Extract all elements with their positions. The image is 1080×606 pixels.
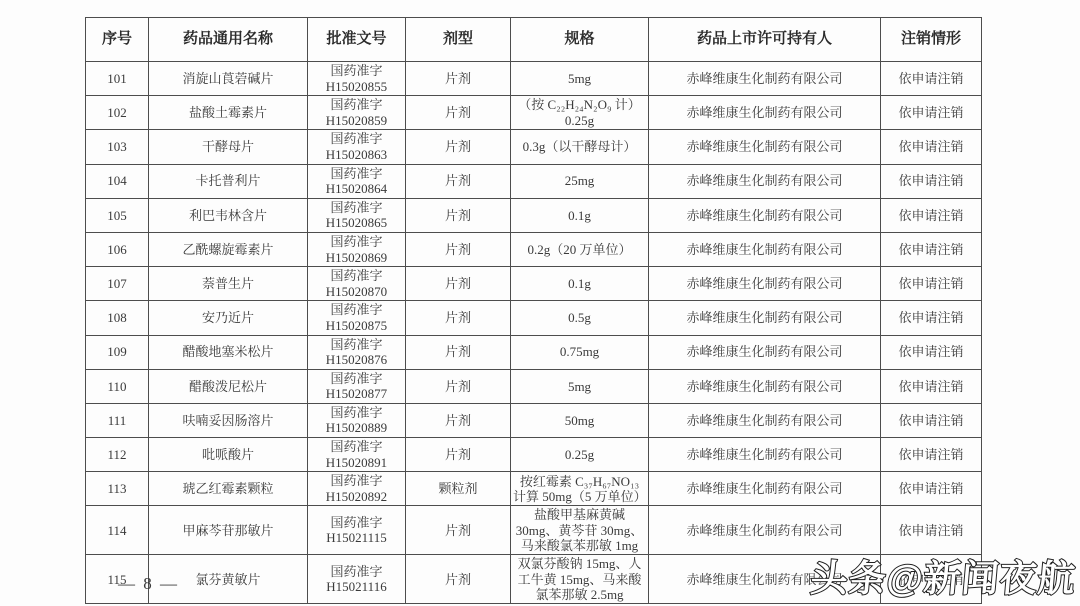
cell-approval-number: 国药准字 H15020876 — [308, 335, 406, 369]
table-row: 107 萘普生片 国药准字 H15020870 片剂 0.1g 赤峰维康生化制药… — [86, 267, 982, 301]
table-row: 111 呋喃妥因肠溶片 国药准字 H15020889 片剂 50mg 赤峰维康生… — [86, 403, 982, 437]
cell-specification: 0.75mg — [511, 335, 649, 369]
table-row: 103 干酵母片 国药准字 H15020863 片剂 0.3g（以干酵母计） 赤… — [86, 130, 982, 164]
cell-license-holder: 赤峰维康生化制药有限公司 — [649, 335, 881, 369]
approval-prefix: 国药准字 — [310, 166, 403, 182]
table-row: 102 盐酸土霉素片 国药准字 H15020859 片剂 （按 C₂₂H₂₄N₂… — [86, 96, 982, 130]
table-row: 106 乙酰螺旋霉素片 国药准字 H15020869 片剂 0.2g（20 万单… — [86, 232, 982, 266]
approval-code: H15020870 — [310, 284, 403, 300]
cell-cancellation-status: 依申请注销 — [881, 164, 982, 198]
table-row: 109 醋酸地塞米松片 国药准字 H15020876 片剂 0.75mg 赤峰维… — [86, 335, 982, 369]
cell-license-holder: 赤峰维康生化制药有限公司 — [649, 301, 881, 335]
cell-license-holder: 赤峰维康生化制药有限公司 — [649, 198, 881, 232]
approval-code: H15020891 — [310, 455, 403, 471]
table-row: 110 醋酸泼尼松片 国药准字 H15020877 片剂 5mg 赤峰维康生化制… — [86, 369, 982, 403]
approval-prefix: 国药准字 — [310, 63, 403, 79]
approval-prefix: 国药准字 — [310, 337, 403, 353]
cell-specification: 5mg — [511, 62, 649, 96]
cell-drug-name: 乙酰螺旋霉素片 — [149, 232, 308, 266]
table-header-row: 序号 药品通用名称 批准文号 剂型 规格 药品上市许可持有人 注销情形 — [86, 18, 982, 62]
approval-code: H15020859 — [310, 113, 403, 129]
cell-approval-number: 国药准字 H15020875 — [308, 301, 406, 335]
header-cancellation-status: 注销情形 — [881, 18, 982, 62]
cell-specification: 25mg — [511, 164, 649, 198]
approval-prefix: 国药准字 — [310, 200, 403, 216]
cell-license-holder: 赤峰维康生化制药有限公司 — [649, 472, 881, 506]
cell-dosage-form: 片剂 — [406, 232, 511, 266]
cell-dosage-form: 片剂 — [406, 301, 511, 335]
cell-cancellation-status: 依申请注销 — [881, 96, 982, 130]
header-drug-name: 药品通用名称 — [149, 18, 308, 62]
approval-code: H15020869 — [310, 250, 403, 266]
cell-drug-name: 消旋山莨菪碱片 — [149, 62, 308, 96]
cell-cancellation-status: 依申请注销 — [881, 403, 982, 437]
approval-prefix: 国药准字 — [310, 131, 403, 147]
cell-approval-number: 国药准字 H15020891 — [308, 438, 406, 472]
cell-serial-number: 113 — [86, 472, 149, 506]
approval-code: H15020865 — [310, 215, 403, 231]
document-page: 序号 药品通用名称 批准文号 剂型 规格 药品上市许可持有人 注销情形 101 … — [0, 0, 1080, 606]
cell-drug-name: 萘普生片 — [149, 267, 308, 301]
approval-prefix: 国药准字 — [310, 234, 403, 250]
cell-drug-name: 盐酸土霉素片 — [149, 96, 308, 130]
cell-dosage-form: 片剂 — [406, 403, 511, 437]
cell-specification: 双氯芬酸钠 15mg、人工牛黄 15mg、马来酸氯苯那敏 2.5mg — [511, 555, 649, 604]
cell-license-holder: 赤峰维康生化制药有限公司 — [649, 267, 881, 301]
approval-code: H15020864 — [310, 181, 403, 197]
approval-prefix: 国药准字 — [310, 97, 403, 113]
approval-prefix: 国药准字 — [310, 515, 403, 531]
cell-specification: 0.3g（以干酵母计） — [511, 130, 649, 164]
cell-specification: 0.25g — [511, 438, 649, 472]
approval-code: H15021116 — [310, 579, 403, 595]
cell-specification: 50mg — [511, 403, 649, 437]
cell-cancellation-status: 依申请注销 — [881, 232, 982, 266]
cell-approval-number: 国药准字 H15020859 — [308, 96, 406, 130]
approval-code: H15020892 — [310, 489, 403, 505]
cell-approval-number: 国药准字 H15020870 — [308, 267, 406, 301]
cell-specification: 按红霉素 C₃₇H₆₇NO₁₃ 计算 50mg（5 万单位） — [511, 472, 649, 506]
cell-drug-name: 卡托普利片 — [149, 164, 308, 198]
cell-approval-number: 国药准字 H15020855 — [308, 62, 406, 96]
cell-specification: 0.5g — [511, 301, 649, 335]
cell-cancellation-status: 依申请注销 — [881, 335, 982, 369]
header-serial-number: 序号 — [86, 18, 149, 62]
cell-serial-number: 108 — [86, 301, 149, 335]
header-specification: 规格 — [511, 18, 649, 62]
cell-approval-number: 国药准字 H15020865 — [308, 198, 406, 232]
table-row: 112 吡哌酸片 国药准字 H15020891 片剂 0.25g 赤峰维康生化制… — [86, 438, 982, 472]
cell-approval-number: 国药准字 H15021116 — [308, 555, 406, 604]
cell-drug-name: 吡哌酸片 — [149, 438, 308, 472]
approval-prefix: 国药准字 — [310, 564, 403, 580]
approval-code: H15020889 — [310, 420, 403, 436]
cell-serial-number: 106 — [86, 232, 149, 266]
cell-specification: 0.2g（20 万单位） — [511, 232, 649, 266]
cell-cancellation-status: 依申请注销 — [881, 130, 982, 164]
cell-license-holder: 赤峰维康生化制药有限公司 — [649, 403, 881, 437]
cell-serial-number: 105 — [86, 198, 149, 232]
header-dosage-form: 剂型 — [406, 18, 511, 62]
page-number: — 8 — — [118, 574, 179, 594]
cell-approval-number: 国药准字 H15020869 — [308, 232, 406, 266]
cell-license-holder: 赤峰维康生化制药有限公司 — [649, 62, 881, 96]
cell-drug-name: 干酵母片 — [149, 130, 308, 164]
approval-prefix: 国药准字 — [310, 302, 403, 318]
cell-drug-name: 醋酸泼尼松片 — [149, 369, 308, 403]
approval-code: H15021115 — [310, 530, 403, 546]
cell-specification: （按 C₂₂H₂₄N₂O₉ 计） 0.25g — [511, 96, 649, 130]
cell-dosage-form: 片剂 — [406, 506, 511, 555]
approval-code: H15020863 — [310, 147, 403, 163]
cell-approval-number: 国药准字 H15020863 — [308, 130, 406, 164]
approval-prefix: 国药准字 — [310, 268, 403, 284]
cell-serial-number: 107 — [86, 267, 149, 301]
cell-cancellation-status: 依申请注销 — [881, 472, 982, 506]
approval-code: H15020877 — [310, 386, 403, 402]
cell-drug-name: 呋喃妥因肠溶片 — [149, 403, 308, 437]
cell-dosage-form: 颗粒剂 — [406, 472, 511, 506]
table-row: 113 琥乙红霉素颗粒 国药准字 H15020892 颗粒剂 按红霉素 C₃₇H… — [86, 472, 982, 506]
approval-code: H15020855 — [310, 79, 403, 95]
cell-serial-number: 104 — [86, 164, 149, 198]
table-row: 105 利巴韦林含片 国药准字 H15020865 片剂 0.1g 赤峰维康生化… — [86, 198, 982, 232]
cell-license-holder: 赤峰维康生化制药有限公司 — [649, 130, 881, 164]
cell-dosage-form: 片剂 — [406, 335, 511, 369]
cell-specification: 0.1g — [511, 198, 649, 232]
approval-code: H15020876 — [310, 352, 403, 368]
cell-dosage-form: 片剂 — [406, 369, 511, 403]
header-approval-number: 批准文号 — [308, 18, 406, 62]
cell-specification: 5mg — [511, 369, 649, 403]
cell-drug-name: 甲麻芩苷那敏片 — [149, 506, 308, 555]
cell-serial-number: 109 — [86, 335, 149, 369]
table-row: 104 卡托普利片 国药准字 H15020864 片剂 25mg 赤峰维康生化制… — [86, 164, 982, 198]
cell-dosage-form: 片剂 — [406, 164, 511, 198]
watermark-toutiao-xinwenyehang: 头条@新闻夜航 — [809, 548, 1079, 602]
cell-drug-name: 琥乙红霉素颗粒 — [149, 472, 308, 506]
approval-prefix: 国药准字 — [310, 473, 403, 489]
cell-cancellation-status: 依申请注销 — [881, 267, 982, 301]
cell-license-holder: 赤峰维康生化制药有限公司 — [649, 438, 881, 472]
cell-drug-name: 醋酸地塞米松片 — [149, 335, 308, 369]
cell-serial-number: 103 — [86, 130, 149, 164]
cell-cancellation-status: 依申请注销 — [881, 369, 982, 403]
cell-dosage-form: 片剂 — [406, 267, 511, 301]
approval-prefix: 国药准字 — [310, 405, 403, 421]
cell-license-holder: 赤峰维康生化制药有限公司 — [649, 369, 881, 403]
cell-serial-number: 111 — [86, 403, 149, 437]
cell-approval-number: 国药准字 H15020877 — [308, 369, 406, 403]
drug-cancellation-table: 序号 药品通用名称 批准文号 剂型 规格 药品上市许可持有人 注销情形 101 … — [85, 17, 982, 604]
cell-cancellation-status: 依申请注销 — [881, 301, 982, 335]
cell-approval-number: 国药准字 H15020864 — [308, 164, 406, 198]
cell-cancellation-status: 依申请注销 — [881, 198, 982, 232]
cell-serial-number: 112 — [86, 438, 149, 472]
cell-approval-number: 国药准字 H15020889 — [308, 403, 406, 437]
cell-drug-name: 利巴韦林含片 — [149, 198, 308, 232]
cell-dosage-form: 片剂 — [406, 130, 511, 164]
cell-license-holder: 赤峰维康生化制药有限公司 — [649, 96, 881, 130]
approval-prefix: 国药准字 — [310, 439, 403, 455]
cell-dosage-form: 片剂 — [406, 438, 511, 472]
table-body: 101 消旋山莨菪碱片 国药准字 H15020855 片剂 5mg 赤峰维康生化… — [86, 62, 982, 604]
table-row: 101 消旋山莨菪碱片 国药准字 H15020855 片剂 5mg 赤峰维康生化… — [86, 62, 982, 96]
cell-cancellation-status: 依申请注销 — [881, 438, 982, 472]
approval-prefix: 国药准字 — [310, 371, 403, 387]
table-row: 108 安乃近片 国药准字 H15020875 片剂 0.5g 赤峰维康生化制药… — [86, 301, 982, 335]
cell-drug-name: 安乃近片 — [149, 301, 308, 335]
cell-dosage-form: 片剂 — [406, 96, 511, 130]
cell-serial-number: 114 — [86, 506, 149, 555]
approval-code: H15020875 — [310, 318, 403, 334]
cell-serial-number: 102 — [86, 96, 149, 130]
cell-approval-number: 国药准字 H15021115 — [308, 506, 406, 555]
cell-serial-number: 101 — [86, 62, 149, 96]
header-license-holder: 药品上市许可持有人 — [649, 18, 881, 62]
cell-license-holder: 赤峰维康生化制药有限公司 — [649, 164, 881, 198]
cell-dosage-form: 片剂 — [406, 555, 511, 604]
cell-specification: 盐酸甲基麻黄碱 30mg、黄芩苷 30mg、马来酸氯苯那敏 1mg — [511, 506, 649, 555]
cell-specification: 0.1g — [511, 267, 649, 301]
cell-serial-number: 110 — [86, 369, 149, 403]
cell-dosage-form: 片剂 — [406, 198, 511, 232]
cell-dosage-form: 片剂 — [406, 62, 511, 96]
cell-license-holder: 赤峰维康生化制药有限公司 — [649, 232, 881, 266]
cell-cancellation-status: 依申请注销 — [881, 62, 982, 96]
cell-approval-number: 国药准字 H15020892 — [308, 472, 406, 506]
